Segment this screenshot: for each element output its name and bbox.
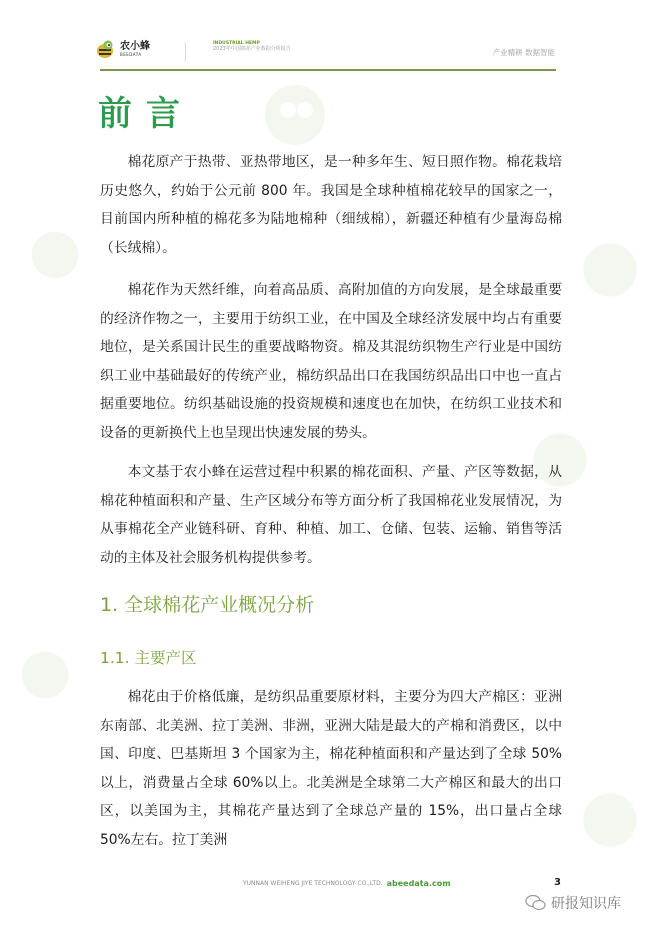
section-1-1-paragraph: 棉花由于价格低廉，是纺织品重要原材料，主要分为四大产棉区：亚洲东南部、北美洲、拉…	[100, 683, 562, 854]
source-badge: 研报知识库	[525, 893, 621, 913]
page-header: 农小蜂 BEEDATA INDUSTRIAL HEMP 2023年中国棉花产业数…	[95, 38, 555, 68]
page-number: 3	[554, 877, 561, 888]
watermark-bee-icon	[10, 640, 80, 710]
watermark-bee-icon	[570, 230, 650, 310]
bee-logo-icon	[95, 38, 117, 60]
header-rule	[100, 69, 556, 71]
footer-company: YUNNAN WEIHENG JIYE TECHNOLOGY CO.,LTD.	[243, 880, 383, 887]
source-badge-label: 研报知识库	[551, 893, 621, 913]
watermark-bee-icon	[570, 780, 650, 860]
report-label: INDUSTRIAL HEMP 2023年中国棉花产业数据分析报告	[213, 41, 291, 52]
intro-paragraph-3: 本文基于农小蜂在运营过程中积累的棉花面积、产量、产区等数据，从棉花种植面积和产量…	[100, 458, 562, 572]
watermark-bee-icon	[20, 220, 90, 290]
watermark-bee-icon	[250, 70, 340, 160]
section-heading-1-1: 1.1. 主要产区	[100, 646, 197, 668]
page-footer: YUNNAN WEIHENG JIYE TECHNOLOGY CO.,LTD. …	[243, 879, 451, 888]
intro-paragraph-1: 棉花原产于热带、亚热带地区，是一种多年生、短日照作物。棉花栽培历史悠久，约始于公…	[100, 148, 562, 262]
logo-name-en: BEEDATA	[120, 53, 150, 57]
section-heading-1: 1. 全球棉花产业概况分析	[100, 590, 314, 617]
header-divider	[185, 42, 186, 62]
report-title-cn: 2023年中国棉花产业数据分析报告	[213, 46, 291, 52]
page-title: 前言	[98, 86, 194, 135]
footer-website-link[interactable]: abeedata.com	[387, 879, 451, 888]
wechat-icon	[525, 894, 547, 912]
logo-name-cn: 农小蜂	[120, 42, 150, 52]
brand-logo: 农小蜂 BEEDATA	[95, 38, 150, 60]
intro-paragraph-2: 棉花作为天然纤维，向着高品质、高附加值的方向发展，是全球最重要的经济作物之一，主…	[100, 276, 562, 447]
header-slogan: 产业精耕 数据智能	[493, 47, 555, 58]
